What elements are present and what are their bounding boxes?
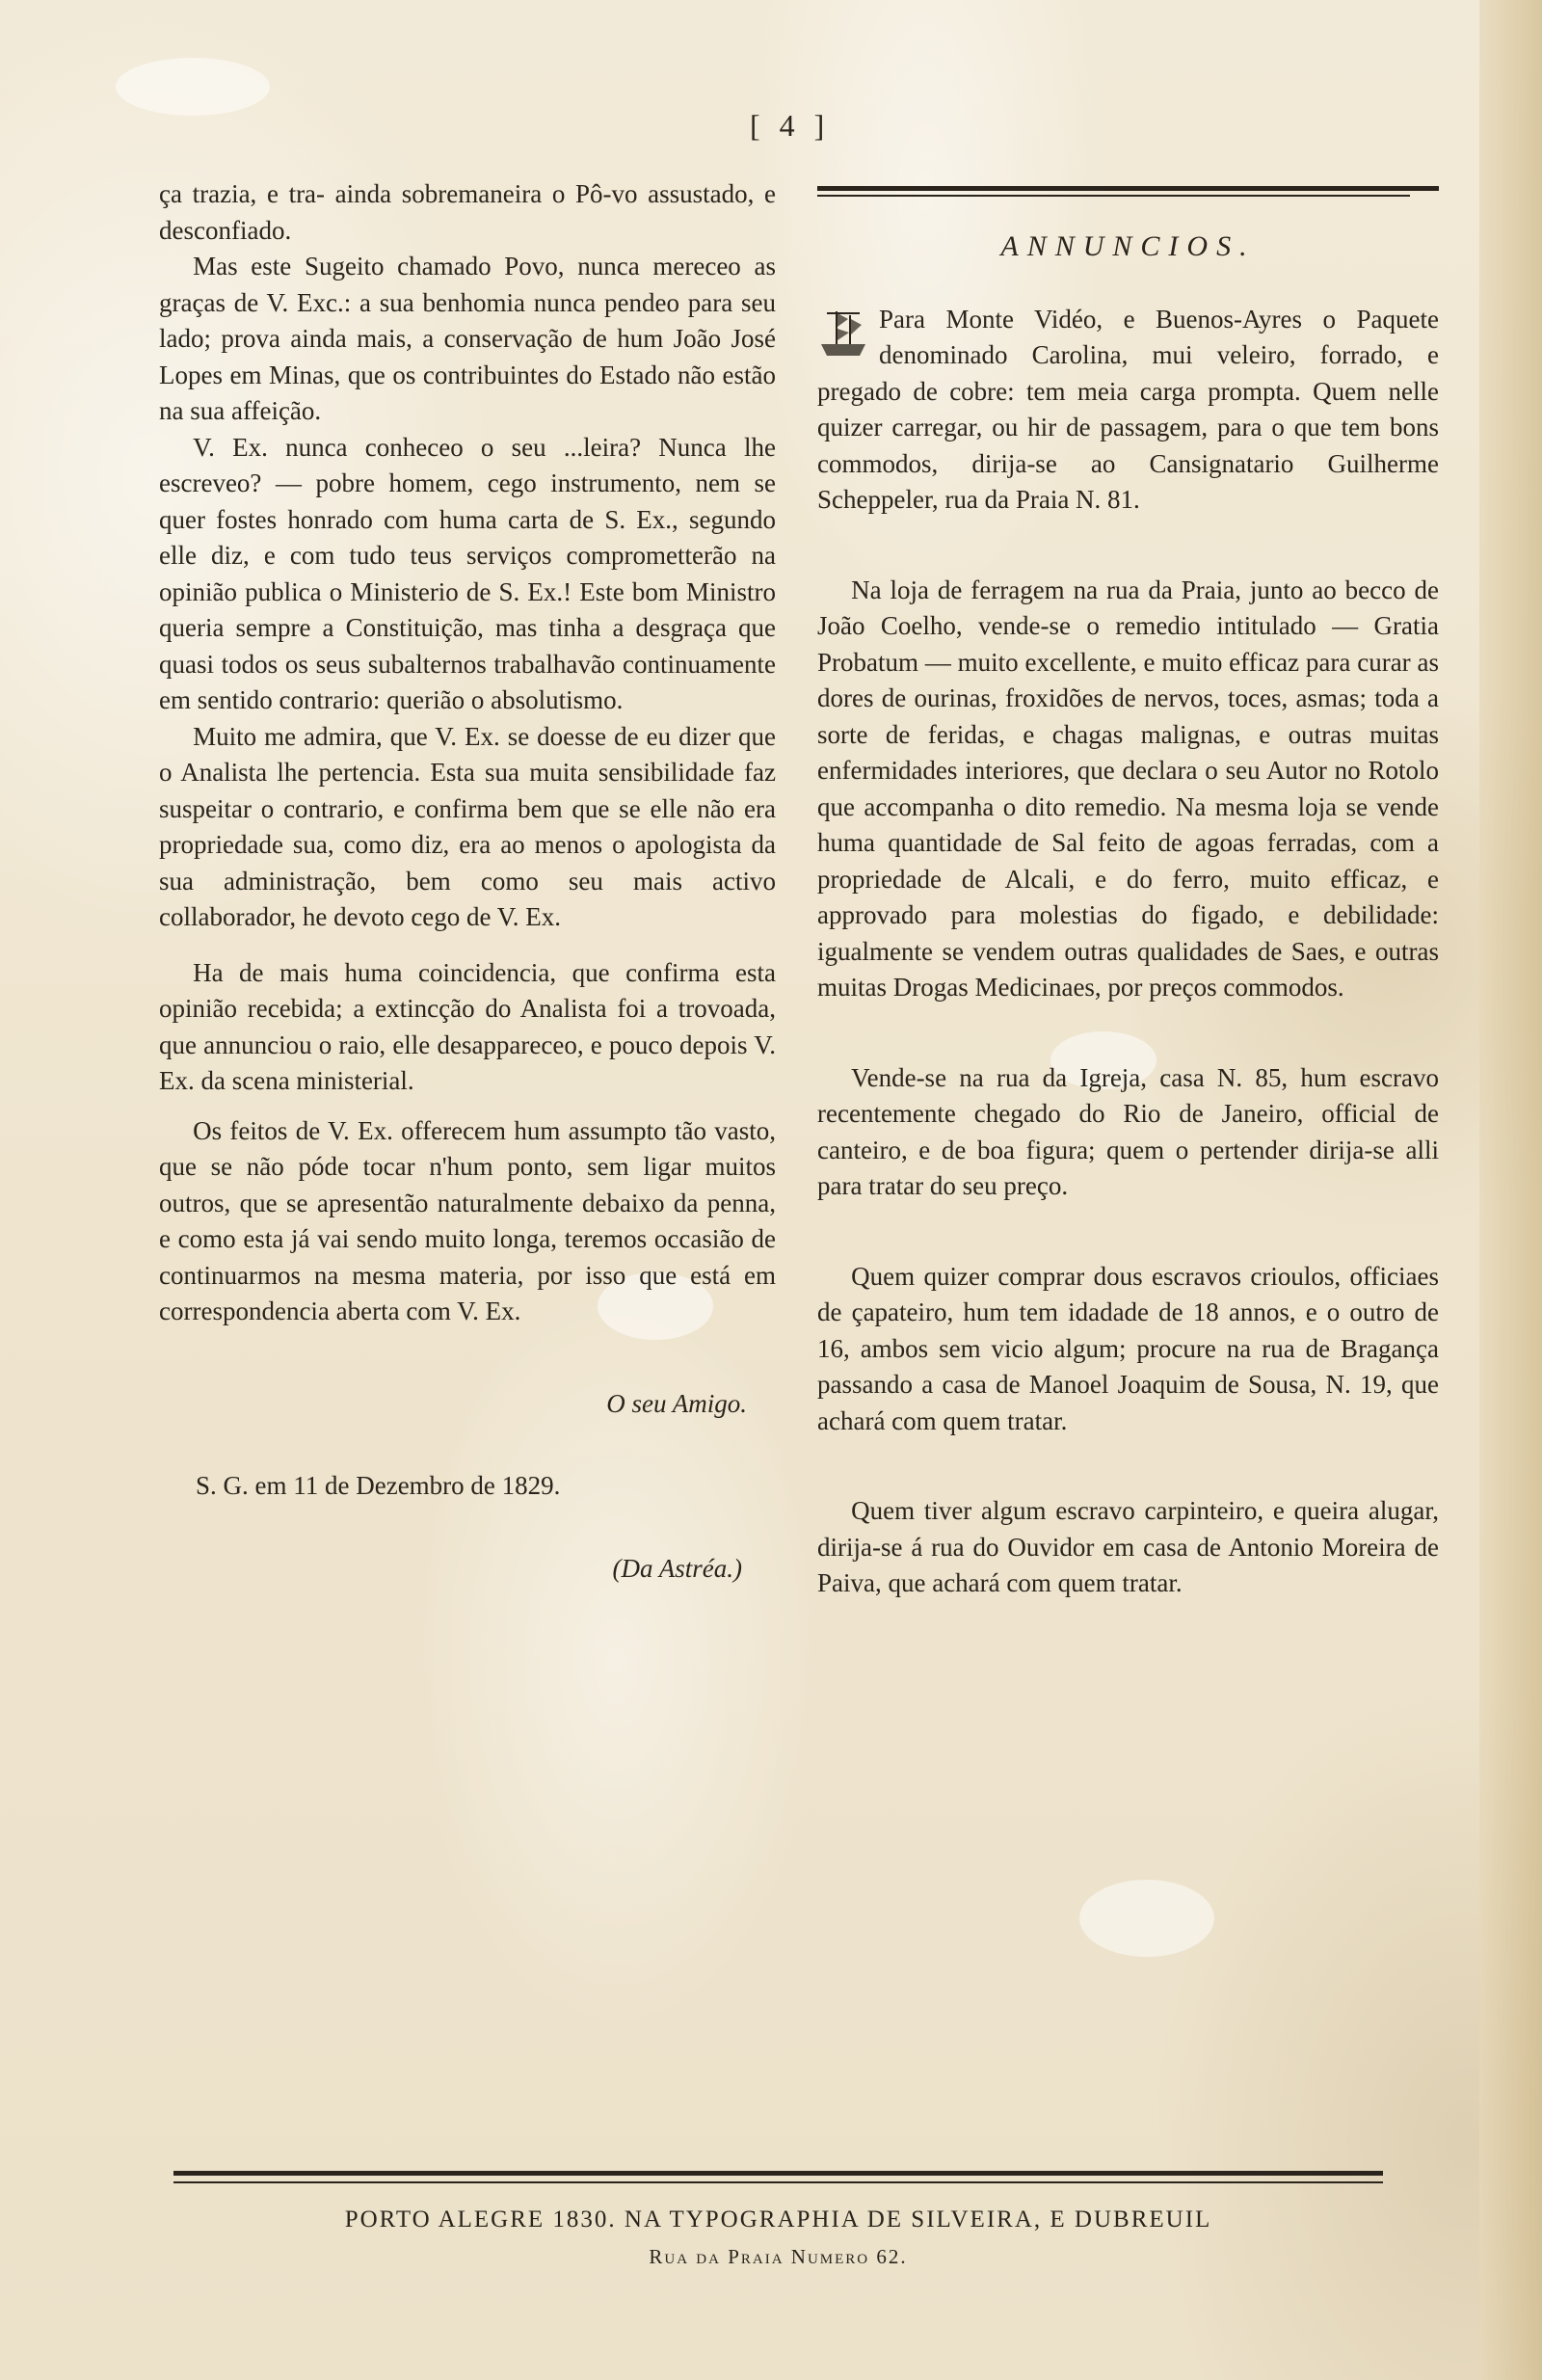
letter-paragraph: Mas este Sugeito chamado Povo, nunca mer… bbox=[159, 249, 776, 430]
announcement-text: Vende-se na rua da Igreja, casa N. 85, h… bbox=[817, 1060, 1439, 1205]
letter-paragraph: Os feitos de V. Ex. offerecem hum assump… bbox=[159, 1113, 776, 1330]
letter-source: (Da Astréa.) bbox=[159, 1551, 742, 1588]
announcement-text: Na loja de ferragem na rua da Praia, jun… bbox=[817, 573, 1439, 1006]
imprint-footer: PORTO ALEGRE 1830. NA TYPOGRAPHIA DE SIL… bbox=[173, 2171, 1383, 2269]
section-divider bbox=[817, 176, 1439, 190]
letter-paragraph: Ha de mais huma coincidencia, que confir… bbox=[159, 955, 776, 1100]
footer-rule bbox=[173, 2171, 1383, 2176]
torn-page-edge bbox=[1479, 0, 1542, 2380]
announcement-text: Quem quizer comprar dous escravos crioul… bbox=[817, 1259, 1439, 1440]
imprint-printer: PORTO ALEGRE 1830. NA TYPOGRAPHIA DE SIL… bbox=[173, 2205, 1383, 2235]
imprint-address: Rua da Praia Numero 62. bbox=[173, 2245, 1383, 2269]
announcements-column: ANNUNCIOS. Para Monte Vidéo, e Buenos-Ay… bbox=[817, 176, 1439, 1656]
announcement-carpenter: Quem tiver algum escravo carpinteiro, e … bbox=[817, 1493, 1439, 1602]
announcement-ship: Para Monte Vidéo, e Buenos-Ayres o Paque… bbox=[817, 302, 1439, 519]
letter-column: ça trazia, e tra- ainda sobremaneira o P… bbox=[159, 176, 776, 1587]
letter-dateline: S. G. em 11 de Dezembro de 1829. bbox=[196, 1468, 776, 1505]
page-number: [ 4 ] bbox=[750, 108, 830, 144]
letter-paragraph: ça trazia, e tra- ainda sobremaneira o P… bbox=[159, 176, 776, 249]
announcements-heading: ANNUNCIOS. bbox=[817, 228, 1439, 265]
announcement-text: Para Monte Vidéo, e Buenos-Ayres o Paque… bbox=[817, 302, 1439, 519]
letter-paragraph: Muito me admira, que V. Ex. se doesse de… bbox=[159, 719, 776, 936]
letter-signature: O seu Amigo. bbox=[159, 1386, 747, 1423]
announcement-remedy: Na loja de ferragem na rua da Praia, jun… bbox=[817, 573, 1439, 1006]
footer-rule bbox=[173, 2181, 1383, 2183]
announcement-slave-sale: Vende-se na rua da Igreja, casa N. 85, h… bbox=[817, 1060, 1439, 1205]
announcement-text: Quem tiver algum escravo carpinteiro, e … bbox=[817, 1493, 1439, 1602]
ship-icon bbox=[817, 306, 869, 361]
letter-paragraph: V. Ex. nunca conheceo o seu ...leira? Nu… bbox=[159, 430, 776, 719]
announcement-slaves-purchase: Quem quizer comprar dous escravos crioul… bbox=[817, 1259, 1439, 1440]
